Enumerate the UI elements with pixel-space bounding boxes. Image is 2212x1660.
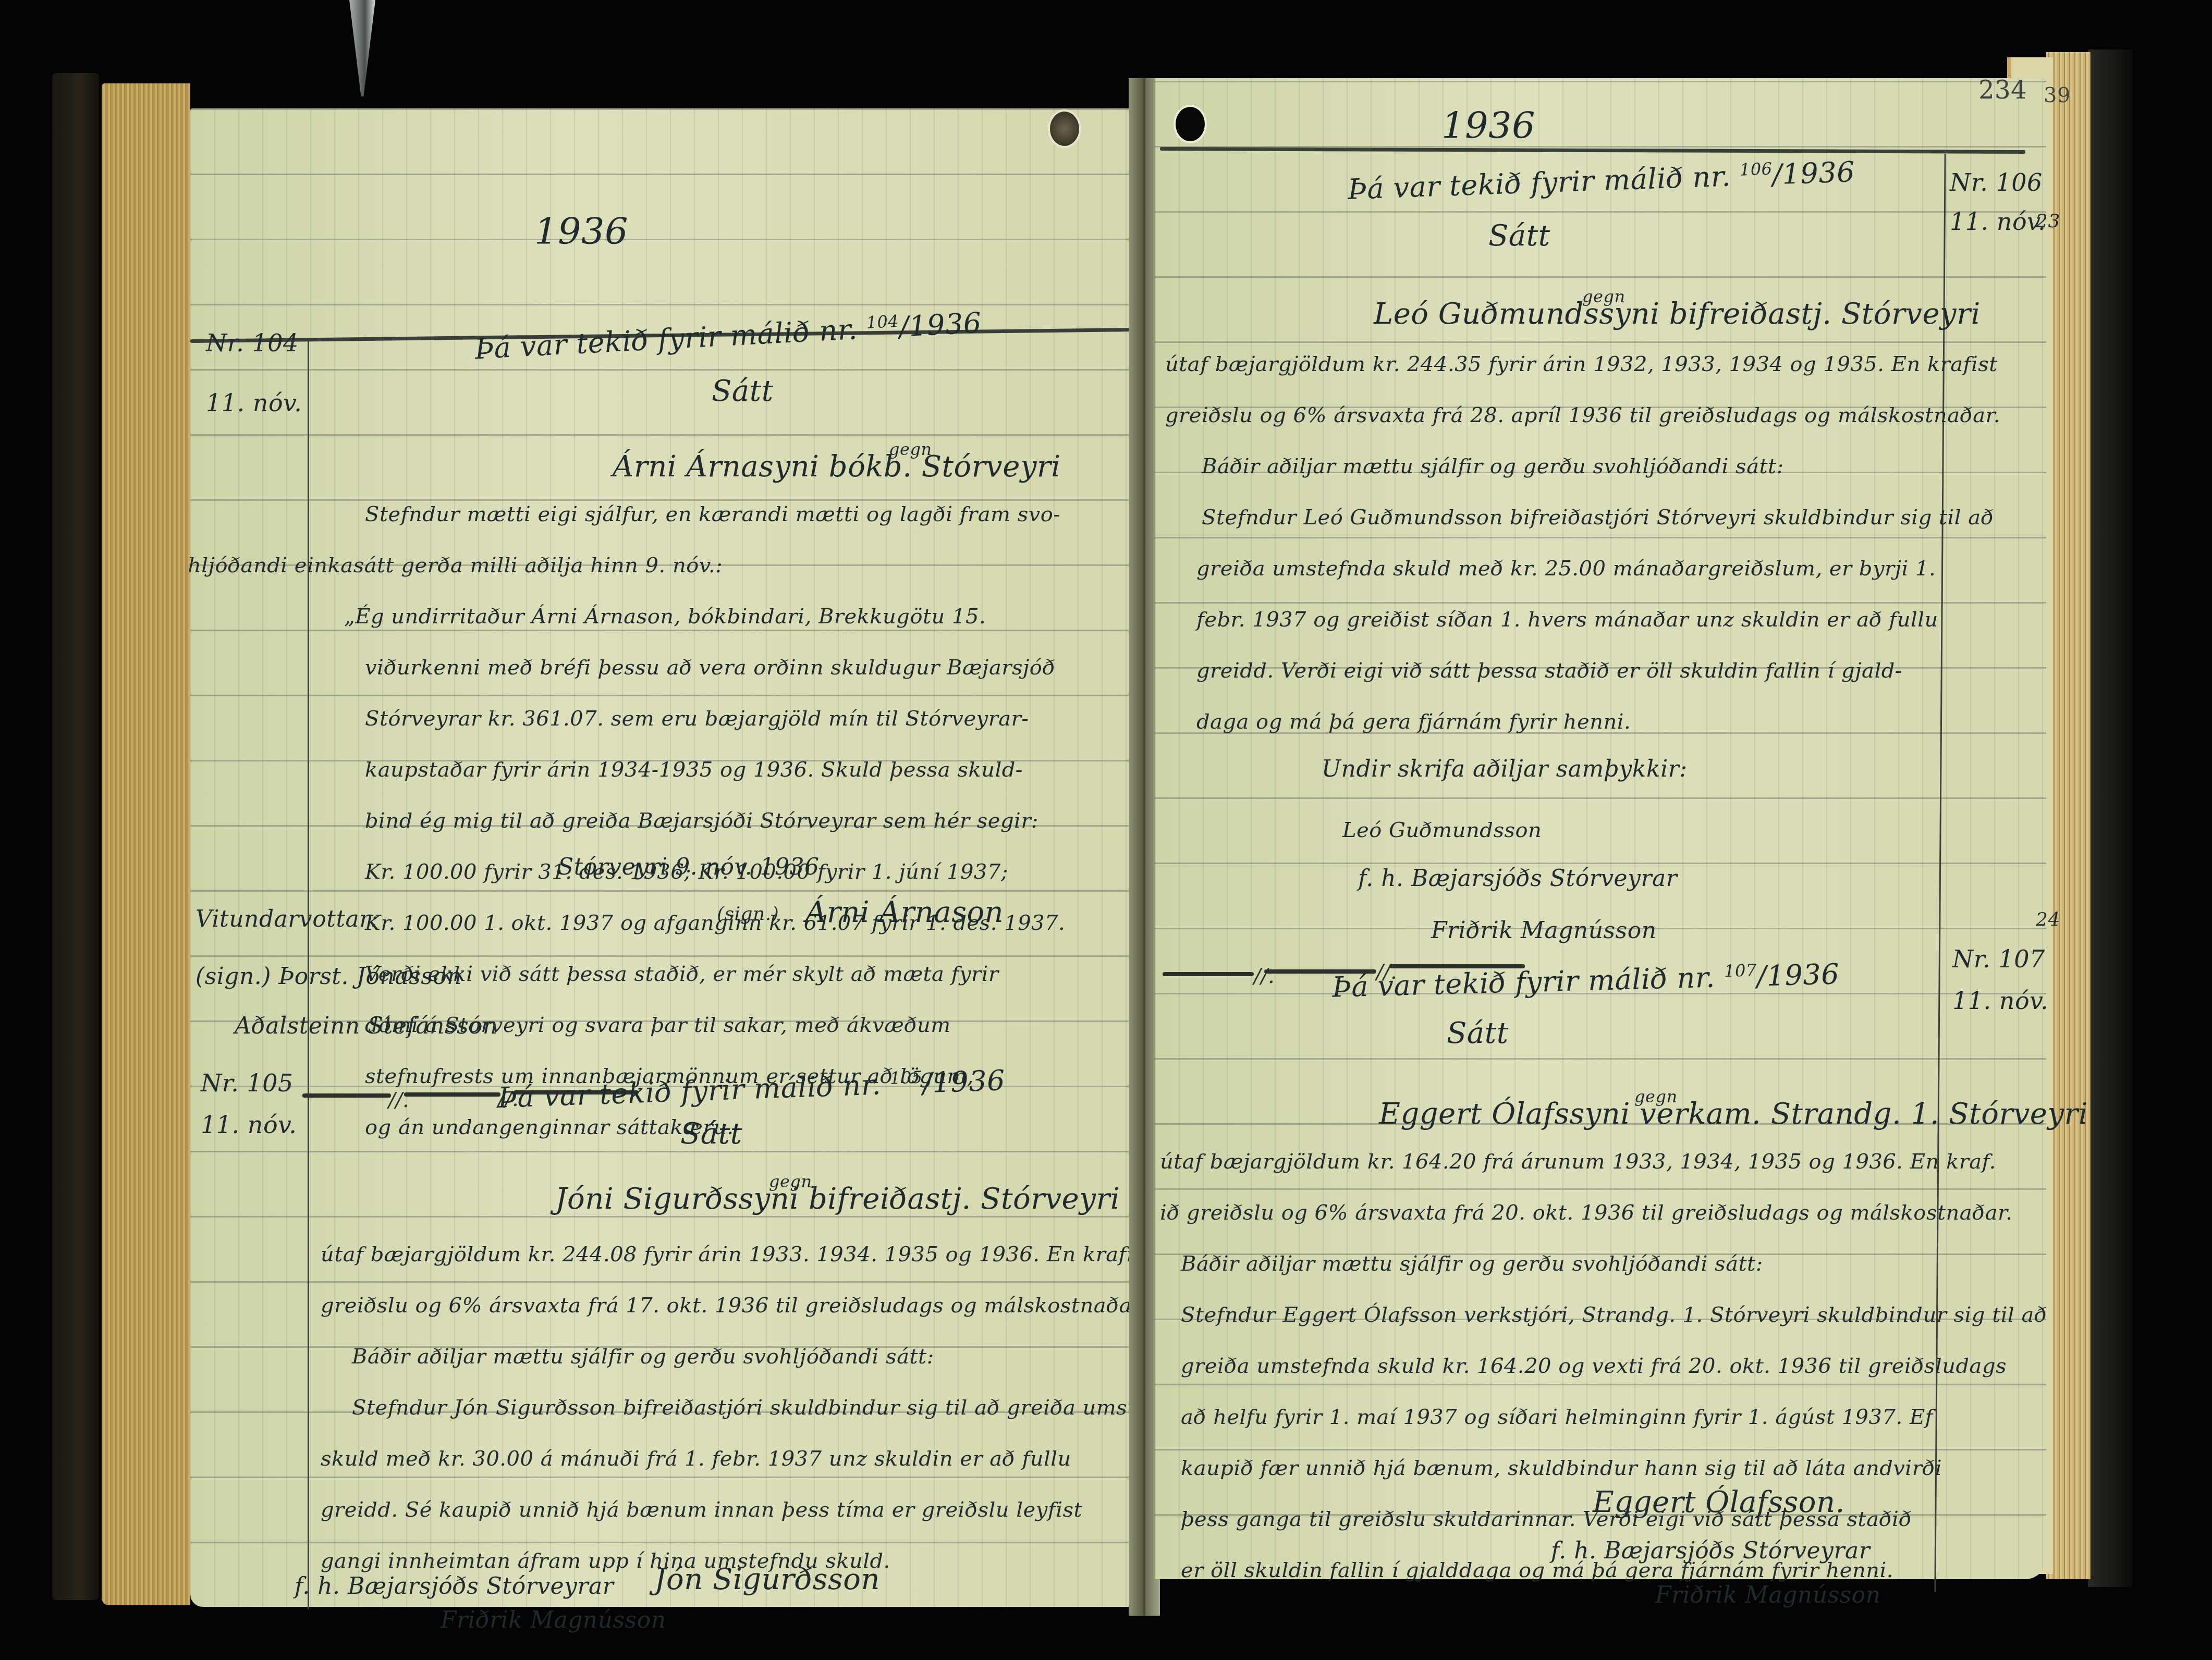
page-number: 234: [1978, 76, 2027, 105]
body-line: Stefndur Leó Guðmundsson bifreiðastjóri …: [1202, 492, 2000, 543]
heading-text: Þá var tekið fyrir málið nr.: [474, 313, 858, 365]
body-line: greidd. Sé kaupið unnið hjá bænum innan …: [321, 1484, 1196, 1535]
case-body: útaf bæjargjöldum kr. 244.35 fyrir árin …: [1165, 339, 2000, 747]
signature: Friðrik Magnússon: [1655, 1582, 1881, 1608]
body-line: febr. 1937 og greiðist síðan 1. hvers má…: [1196, 594, 2000, 645]
case-year: /1936: [1756, 957, 1840, 992]
parties: Árni Árnasyni bókb. Stórveyri: [613, 450, 1061, 484]
body-line: daga og má þá gera fjárnám fyrir henni.: [1196, 696, 2000, 747]
page-block-left: [102, 83, 190, 1605]
case-body: útaf bæjargjöldum kr. 164.20 frá árunum …: [1160, 1136, 2047, 1596]
case-number-margin: Nr. 104: [206, 317, 299, 369]
place-date: Stórveyri 9. nóv. 1936: [558, 854, 820, 880]
punch-hole-right: [1176, 107, 1205, 141]
body-line: greiða umstefnda skuld kr. 164.20 og vex…: [1181, 1341, 2047, 1392]
signature-office: f. h. Bæjarsjóðs Stórveyrar: [295, 1573, 614, 1600]
header-rule: [1160, 147, 2025, 154]
body-line: ið greiðslu og 6% ársvaxta frá 20. okt. …: [1160, 1187, 2047, 1238]
body-line: kaupstaðar fyrir árin 1934-1935 og 1936.…: [365, 744, 1065, 795]
body-line: greiðslu og 6% ársvaxta frá 17. okt. 193…: [321, 1280, 1196, 1331]
right-page: 234 39 23 24 1936 Nr. 106 11. nóv. Þá va…: [1155, 78, 2046, 1579]
next-page-number: 39: [2044, 83, 2071, 107]
witnesses-label: Vitundarvottar:: [195, 906, 378, 932]
body-line: Stefndur mætti eigi sjálfur, en kærandi …: [365, 489, 1065, 540]
body-line: að helfu fyrir 1. maí 1937 og síðari hel…: [1181, 1392, 2047, 1443]
parties: Jóni Sigurðssyni bifreiðastj. Stórveyri: [555, 1182, 1120, 1216]
signature: Friðrik Magnússon: [1431, 917, 1657, 944]
year-label: 1936: [534, 210, 628, 253]
case-date-margin: 11. nóv.: [201, 1099, 297, 1151]
case-year: /1936: [898, 306, 982, 343]
signature-office: f. h. Bæjarsjóðs Stórveyrar: [1358, 865, 1677, 892]
case-number: 107: [1724, 960, 1757, 981]
case-year: /1936: [1772, 155, 1855, 191]
year-label: 1936: [1441, 104, 1535, 147]
witness-signature: Aðalsteinn Stefánsson: [235, 1013, 498, 1039]
body-line: Báðir aðiljar mættu sjálfir og gerðu svo…: [1181, 1238, 2047, 1289]
entry-divider: [1163, 972, 1254, 976]
entry-divider: [404, 1092, 500, 1097]
ledger-photo: 1936 Nr. 104 11. nóv. Þá var tekið fyrir…: [0, 0, 2212, 1660]
book-cover-left: [52, 73, 99, 1600]
case-number: 106: [1739, 159, 1773, 180]
book-cover-right: [2088, 50, 2132, 1587]
case-number: 104: [866, 311, 899, 333]
body-line: Stefndur Eggert Ólafsson verkstjóri, Str…: [1181, 1289, 2047, 1341]
signature: Árni Árnason: [805, 895, 1004, 929]
left-page: 1936 Nr. 104 11. nóv. Þá var tekið fyrir…: [190, 108, 1136, 1607]
case-date-margin: 11. nóv.: [1950, 195, 2046, 248]
body-line: hljóðandi einkasátt gerða milli aðilja h…: [188, 540, 1065, 591]
signature: Jón Sigurðsson: [654, 1563, 880, 1596]
case-body: Stefndur mætti eigi sjálfur, en kærandi …: [365, 489, 1065, 1153]
case-date-margin: 11. nóv.: [1952, 975, 2048, 1027]
body-line: Verði ekki við sátt þessa staðið, er mér…: [365, 949, 1065, 1000]
case-type: Sátt: [680, 1117, 742, 1151]
entry-divider: [302, 1093, 391, 1098]
body-line: viðurkenni með bréfi þessu að vera orðin…: [365, 642, 1065, 693]
case-heading: Þá var tekið fyrir málið nr. 104/1936: [474, 306, 982, 366]
body-line: Báðir aðiljar mættu sjálfir og gerðu svo…: [1202, 441, 2000, 492]
witness-signature: (sign.) Þorst. Jónasson: [195, 963, 462, 990]
body-line: bind ég mig til að greiða Bæjarsjóði Stó…: [365, 795, 1065, 846]
body-line: greidd. Verði eigi við sátt þessa staðið…: [1196, 645, 2000, 696]
signed-prefix: (sign.): [717, 903, 779, 925]
signature: Leó Guðmundsson: [1342, 818, 1542, 842]
body-line: Báðir aðiljar mættu sjálfir og gerðu svo…: [352, 1331, 1196, 1382]
signature: Eggert Ólafsson.: [1593, 1485, 1845, 1519]
heading-text: Þá var tekið fyrir málið nr.: [1347, 159, 1731, 206]
knife-blade: [349, 0, 375, 96]
case-type: Sátt: [712, 374, 774, 408]
body-line: útaf bæjargjöldum kr. 244.35 fyrir árin …: [1165, 339, 2000, 390]
parties: Eggert Ólafssyni verkam. Strandg. 1. Stó…: [1379, 1097, 2088, 1131]
case-year: /1936: [922, 1064, 1006, 1099]
closing-statement: Undir skrifa aðiljar samþykkir:: [1322, 756, 1688, 782]
punch-hole-left: [1050, 112, 1079, 146]
case-type: Sátt: [1488, 219, 1550, 253]
case-body: útaf bæjargjöldum kr. 244.08 fyrir árin …: [321, 1229, 1196, 1587]
divider-mark: //.: [1254, 964, 1275, 988]
signature-office: f. h. Bæjarsjóðs Stórveyrar: [1551, 1538, 1870, 1564]
case-type: Sátt: [1447, 1016, 1509, 1050]
body-line: skuld með kr. 30.00 á mánuði frá 1. febr…: [321, 1433, 1196, 1484]
case-date-margin: 11. nóv.: [206, 377, 302, 429]
parties: Leó Guðmundssyni bifreiðastj. Stórveyri: [1374, 297, 1981, 331]
divider-mark: //.: [388, 1088, 409, 1112]
body-line: greiðslu og 6% ársvaxta frá 28. apríl 19…: [1165, 390, 2000, 441]
body-line: Stórveyrar kr. 361.07. sem eru bæjargjöl…: [365, 693, 1065, 744]
case-heading: Þá var tekið fyrir málið nr. 106/1936: [1347, 155, 1855, 206]
body-line: greiða umstefnda skuld með kr. 25.00 mán…: [1196, 543, 2000, 594]
body-line: útaf bæjargjöldum kr. 244.08 fyrir árin …: [321, 1229, 1196, 1280]
body-line: „Ég undirritaður Árni Árnason, bókbindar…: [344, 591, 1065, 642]
case-number: 105: [889, 1067, 923, 1088]
body-line: útaf bæjargjöldum kr. 164.20 frá árunum …: [1160, 1136, 2047, 1187]
signature: Friðrik Magnússon: [441, 1607, 666, 1633]
body-line: Stefndur Jón Sigurðsson bifreiðastjóri s…: [352, 1382, 1196, 1433]
